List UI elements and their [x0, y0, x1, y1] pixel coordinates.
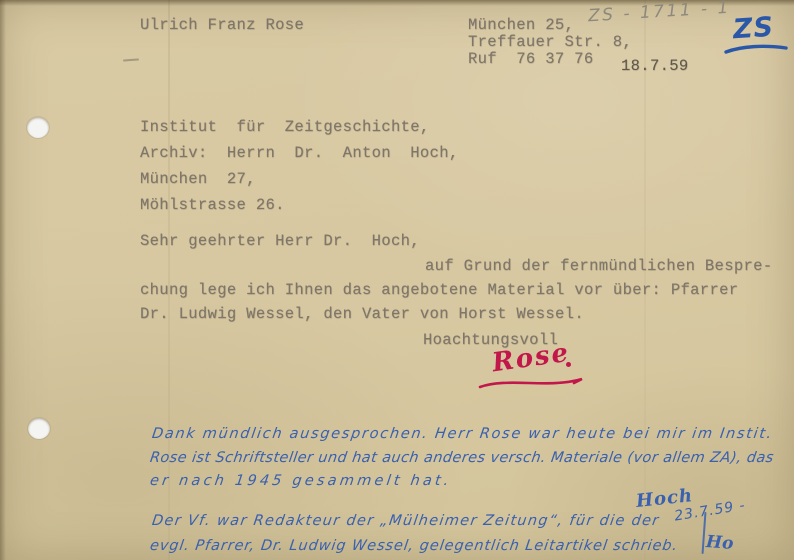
typed-date: 18.7.59 [621, 57, 689, 75]
ink-underline [724, 43, 788, 55]
recipient-line: Institut für Zeitgeschichte, [140, 118, 430, 136]
annotator-monogram: Ho [705, 532, 734, 554]
punch-hole-top [27, 117, 49, 138]
recipient-line: Archiv: Herrn Dr. Anton Hoch, [140, 144, 459, 162]
salutation: Sehr geehrter Herr Dr. Hoch, [140, 232, 420, 250]
archive-ref-ink: ZS [732, 12, 775, 46]
body-line: auf Grund der fernmündlichen Bespre- [425, 257, 772, 275]
handwritten-note-line: Der Vf. war Redakteur der „Mülheimer Zei… [151, 513, 661, 529]
sender-name: Ulrich Franz Rose [140, 16, 304, 34]
paper-crease [644, 0, 646, 560]
handwritten-note-line: Rose ist Schriftsteller und hat auch and… [149, 450, 775, 466]
pencil-speck [123, 58, 139, 61]
handwritten-note-line: Dank mündlich ausgesprochen. Herr Rose w… [151, 426, 774, 442]
sender-phone: Ruf 76 37 76 [468, 50, 593, 68]
recipient-line: München 27, [140, 170, 256, 188]
paper-edge-shadow-left [0, 0, 6, 560]
body-line: Dr. Ludwig Wessel, den Vater von Horst W… [140, 305, 584, 323]
signature-dot [566, 362, 571, 367]
sender-street: Treffauer Str. 8, [468, 33, 632, 51]
recipient-line: Möhlstrasse 26. [140, 196, 285, 214]
body-line: chung lege ich Ihnen das angebotene Mate… [140, 281, 738, 299]
handwritten-note-line: er nach 1945 gesammelt hat. [149, 473, 453, 489]
signature-flourish [478, 375, 588, 391]
handwritten-note-line: evgl. Pfarrer, Dr. Ludwig Wessel, gelege… [149, 538, 679, 554]
punch-hole-bottom [28, 418, 50, 439]
sender-city: München 25, [468, 16, 574, 34]
scanned-letter-page: Ulrich Franz Rose München 25, Treffauer … [0, 0, 794, 560]
